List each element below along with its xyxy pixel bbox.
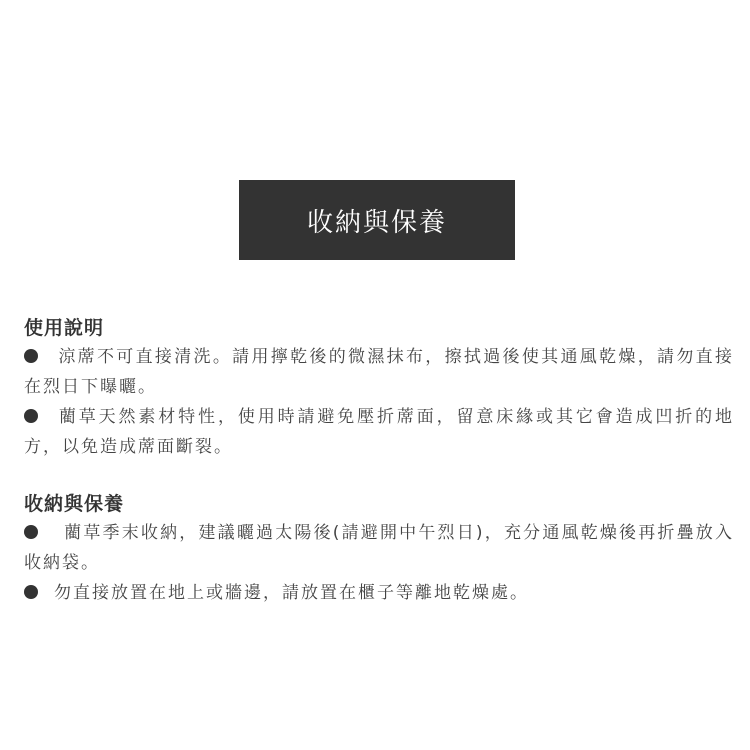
banner-title: 收納與保養 [307, 202, 447, 239]
list-item-text: 涼蓆不可直接清洗。請用擰乾後的微濕抹布，擦拭過後使其通風乾燥，請勿直接在烈日下曝… [24, 347, 734, 397]
section-usage-instructions: 使用說明 涼蓆不可直接清洗。請用擰乾後的微濕抹布，擦拭過後使其通風乾燥，請勿直接… [24, 314, 734, 462]
bullet-icon [24, 409, 38, 423]
section-storage-care: 收納與保養 藺草季末收納，建議曬過太陽後(請避開中午烈日)，充分通風乾燥後再折疊… [24, 490, 734, 608]
bullet-icon [24, 525, 38, 539]
content-area: 使用說明 涼蓆不可直接清洗。請用擰乾後的微濕抹布，擦拭過後使其通風乾燥，請勿直接… [24, 314, 734, 608]
section-heading: 使用說明 [24, 314, 734, 342]
list-item: 勿直接放置在地上或牆邊，請放置在櫃子等離地乾燥處。 [24, 578, 734, 608]
list-item: 藺草季末收納，建議曬過太陽後(請避開中午烈日)，充分通風乾燥後再折疊放入收納袋。 [24, 518, 734, 578]
list-item: 藺草天然素材特性，使用時請避免壓折蓆面，留意床緣或其它會造成凹折的地方，以免造成… [24, 402, 734, 462]
bullet-icon [24, 349, 38, 363]
list-item: 涼蓆不可直接清洗。請用擰乾後的微濕抹布，擦拭過後使其通風乾燥，請勿直接在烈日下曝… [24, 342, 734, 402]
section-heading: 收納與保養 [24, 490, 734, 518]
list-item-text: 藺草天然素材特性，使用時請避免壓折蓆面，留意床緣或其它會造成凹折的地方，以免造成… [24, 407, 734, 457]
title-banner: 收納與保養 [239, 180, 515, 260]
list-item-text: 勿直接放置在地上或牆邊，請放置在櫃子等離地乾燥處。 [54, 583, 529, 603]
bullet-icon [24, 585, 38, 599]
list-item-text: 藺草季末收納，建議曬過太陽後(請避開中午烈日)，充分通風乾燥後再折疊放入收納袋。 [24, 523, 734, 573]
